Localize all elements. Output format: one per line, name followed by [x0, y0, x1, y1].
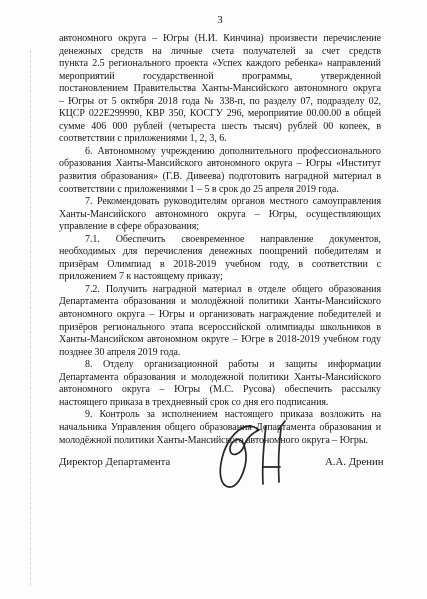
text-line: призёрам Олимпиад в 2018-2019 учебном го…	[59, 259, 381, 272]
text-line: автономного округа – Югры (Н.И. Кинчина)…	[59, 33, 381, 46]
signatory-title: Директор Департамента	[59, 456, 170, 468]
text-line: образования Ханты-Мансийского автономног…	[59, 158, 381, 171]
text-line: автономного округа – Югры и организовать…	[59, 309, 381, 322]
page-number: 3	[59, 14, 381, 26]
text-line: пункта 2.5 регионального проекта «Успех …	[59, 58, 381, 71]
text-line: – Югры от 5 октября 2018 года № 338-п, п…	[59, 96, 381, 109]
text-line: постановлением Правительства Ханты-Манси…	[59, 83, 381, 96]
signatory-name: А.А. Дренин	[325, 456, 384, 468]
text-line: 7.2. Получить наградной материал в отдел…	[59, 284, 381, 297]
text-line: автономного округа – Югры (М.С. Русова) …	[59, 384, 381, 397]
text-line: сумме 406 000 рублей (четыреста шесть ты…	[59, 121, 381, 134]
text-line: соответствии с приложениями 1, 2, 3, 6.	[59, 133, 381, 146]
text-line: Ханты-Мансийского автономного округа – Ю…	[59, 209, 381, 222]
text-line: 7.1. Обеспечить своевременное направлени…	[59, 234, 381, 247]
text-line: денежных средств на личные счета получат…	[59, 46, 381, 59]
handwritten-signature-icon	[216, 414, 316, 498]
document-page: 3 автономного округа – Югры (Н.И. Кинчин…	[0, 0, 427, 599]
text-line: 8. Отделу организационной работы и защит…	[59, 359, 381, 372]
text-line: 7. Рекомендовать руководителям органов м…	[59, 196, 381, 209]
text-line: соответствии с приложениями 1 – 5 в срок…	[59, 184, 381, 197]
text-line: настоящего приказа в трехдневный срок со…	[59, 397, 381, 410]
text-line: развития образования» (Г.В. Дивеева) под…	[59, 171, 381, 184]
text-line: позднее 30 апреля 2019 года.	[59, 347, 381, 360]
text-line: приложением 7 к настоящему приказу;	[59, 271, 381, 284]
text-line: мероприятий государственной программы, у…	[59, 71, 381, 84]
text-line: Ханты-Мансийском автономном округе – Югр…	[59, 334, 381, 347]
text-line: Департамента образования и молодежной по…	[59, 372, 381, 385]
text-line: управление в сфере образования;	[59, 221, 381, 234]
document-body: автономного округа – Югры (Н.И. Кинчина)…	[59, 33, 381, 447]
text-line: Департамента образования и молодёжной по…	[59, 296, 381, 309]
scan-edge-dashed-line	[30, 50, 31, 585]
text-line: КЦСР 022Е299990, КВР 350, КОСГУ 296, мер…	[59, 108, 381, 121]
text-line: призёров регионального этапа всероссийск…	[59, 322, 381, 335]
text-line: необходимых для перечисления денежных по…	[59, 246, 381, 259]
text-line: 6. Автономному учреждению дополнительног…	[59, 146, 381, 159]
